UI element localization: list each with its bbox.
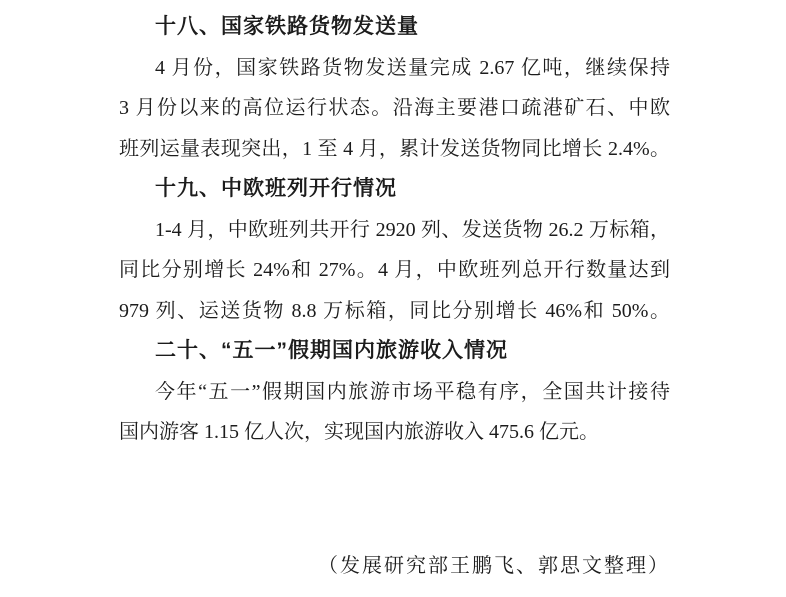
paragraph-line: 979 列、运送货物 8.8 万标箱，同比分别增长 46%和 50%。 [119, 291, 670, 332]
paragraph-line: 1-4 月，中欧班列共开行 2920 列、发送货物 26.2 万标箱， [119, 210, 670, 251]
text-block: 十八、国家铁路货物发送量 4 月份，国家铁路货物发送量完成 2.67 亿吨，继续… [119, 7, 670, 586]
paragraph-line: 4 月份，国家铁路货物发送量完成 2.67 亿吨，继续保持 [119, 48, 670, 89]
paragraph-line: 今年“五一”假期国内旅游市场平稳有序，全国共计接待 [119, 372, 670, 413]
document-page: 十八、国家铁路货物发送量 4 月份，国家铁路货物发送量完成 2.67 亿吨，继续… [0, 0, 786, 597]
paragraph-line: 3 月份以来的高位运行状态。沿海主要港口疏港矿石、中欧 [119, 88, 670, 129]
paragraph-line: 国内游客 1.15 亿人次，实现国内旅游收入 475.6 亿元。 [119, 412, 670, 453]
section-heading-18: 十八、国家铁路货物发送量 [119, 7, 670, 48]
section-heading-20: 二十、“五一”假期国内旅游收入情况 [119, 331, 670, 372]
attribution-line: （发展研究部王鹏飞、郭思文整理） [119, 546, 670, 587]
paragraph-line: 同比分别增长 24%和 27%。4 月，中欧班列总开行数量达到 [119, 250, 670, 291]
paragraph-line: 班列运量表现突出，1 至 4 月，累计发送货物同比增长 2.4%。 [119, 129, 670, 170]
section-heading-19: 十九、中欧班列开行情况 [119, 169, 670, 210]
